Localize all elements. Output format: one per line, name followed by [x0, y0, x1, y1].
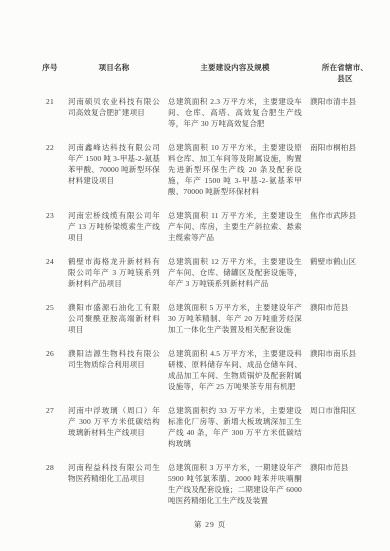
project-location: 濮阳市范县	[310, 302, 380, 313]
col-header-no: 序号	[40, 62, 60, 73]
project-content: 总建筑面积 11 万平方米，主要建设生产车间、库房，主要生产斜拉索、悬索主缆索等…	[168, 210, 302, 243]
project-content: 总建筑面积 4.5 万平方米，主要建设科研楼、原料储存车间、成品仓储车间、成品加…	[168, 348, 302, 392]
col-header-content-scale: 主要建设内容及规模	[168, 62, 302, 73]
project-location: 焦作市武陟县	[310, 210, 380, 221]
project-content: 总建筑面积 2.3 万平方米，主要建设车间、仓库、高塔、高效复合肥生产线等，年产…	[168, 96, 302, 129]
table-row: 22 河南鑫峰达科技有限公司年产 1500 吨 3-甲基-2-氨基苯甲酸、700…	[40, 142, 380, 197]
project-content: 总建筑面积约 33 万平方米，主要建设标准化厂房等、新增大板玻璃深加工生产线 4…	[168, 405, 302, 449]
project-location: 濮阳市南乐县	[310, 348, 380, 359]
project-name: 河南中浮玻璃（周口）年产 300 万平方米低碳结构玻璃新材料生产线项目	[68, 405, 160, 438]
page-number: 第 29 页	[40, 519, 380, 530]
table-row: 21 河南硕贝农业科技有限公司高效复合肥扩建项目 总建筑面积 2.3 万平方米，…	[40, 96, 380, 129]
col-header-project-name: 项目名称	[68, 62, 160, 73]
project-content: 总建筑面积 12 万平方米，主要建设生产车间、仓库、储罐区及配套设施等，年产 3…	[168, 256, 302, 289]
row-number: 21	[40, 96, 60, 107]
table-header-row: 序号 项目名称 主要建设内容及规模 所在省辖市、县区	[40, 62, 380, 84]
project-location: 南阳市桐柏县	[310, 142, 380, 153]
row-number: 24	[40, 256, 60, 267]
row-number: 23	[40, 210, 60, 221]
project-content: 总建筑面积 5 万平方米，主要建设年产 30 万吨苯精制、年产 20 万吨重芳烃…	[168, 302, 302, 335]
table-row: 26 濮阳洁源生物科技有限公司生物质综合利用项目 总建筑面积 4.5 万平方米，…	[40, 348, 380, 392]
row-number: 26	[40, 348, 60, 359]
project-name: 濮阳市盛源石油化工有限公司聚酰亚胺高端新材料项目	[68, 302, 160, 335]
project-location: 濮阳市清丰县	[310, 96, 380, 107]
project-location: 周口市淮阳区	[310, 405, 380, 416]
row-number: 25	[40, 302, 60, 313]
project-location: 濮阳市范县	[310, 462, 380, 473]
document-page: 序号 项目名称 主要建设内容及规模 所在省辖市、县区 21 河南硕贝农业科技有限…	[0, 0, 390, 551]
project-content: 总建筑面积 10 万平方米，主要建设原料仓库、加工车间等及附属设施，购置先进新型…	[168, 142, 302, 197]
row-number: 27	[40, 405, 60, 416]
row-number: 22	[40, 142, 60, 153]
project-name: 河南鑫峰达科技有限公司年产 1500 吨 3-甲基-2-氨基苯甲酸、70000 …	[68, 142, 160, 186]
project-name: 濮阳洁源生物科技有限公司生物质综合利用项目	[68, 348, 160, 370]
project-name: 鹤壁市海格龙升新材料有限公司年产 3 万吨镁系列新材料产品项目	[68, 256, 160, 289]
projects-table: 序号 项目名称 主要建设内容及规模 所在省辖市、县区 21 河南硕贝农业科技有限…	[40, 62, 380, 506]
project-location: 鹤壁市鹤山区	[310, 256, 380, 267]
table-row: 28 河南程益科技有限公司生物医药精细化工品项目 总建筑面积 3 万平方米，一期…	[40, 462, 380, 506]
table-row: 24 鹤壁市海格龙升新材料有限公司年产 3 万吨镁系列新材料产品项目 总建筑面积…	[40, 256, 380, 289]
project-name: 河南硕贝农业科技有限公司高效复合肥扩建项目	[68, 96, 160, 118]
table-row: 27 河南中浮玻璃（周口）年产 300 万平方米低碳结构玻璃新材料生产线项目 总…	[40, 405, 380, 449]
project-content: 总建筑面积 3 万平方米，一期建设年产 5900 吨邻氯苯腈、2000 吨苯并呋…	[168, 462, 302, 506]
project-name: 河南程益科技有限公司生物医药精细化工品项目	[68, 462, 160, 484]
table-row: 23 河南宏桥线缆有限公司年产 13 万吨桥梁缆索生产线项目 总建筑面积 11 …	[40, 210, 380, 243]
project-name: 河南宏桥线缆有限公司年产 13 万吨桥梁缆索生产线项目	[68, 210, 160, 243]
col-header-location: 所在省辖市、县区	[320, 62, 370, 84]
row-number: 28	[40, 462, 60, 473]
table-row: 25 濮阳市盛源石油化工有限公司聚酰亚胺高端新材料项目 总建筑面积 5 万平方米…	[40, 302, 380, 335]
table-body: 21 河南硕贝农业科技有限公司高效复合肥扩建项目 总建筑面积 2.3 万平方米，…	[40, 96, 380, 506]
